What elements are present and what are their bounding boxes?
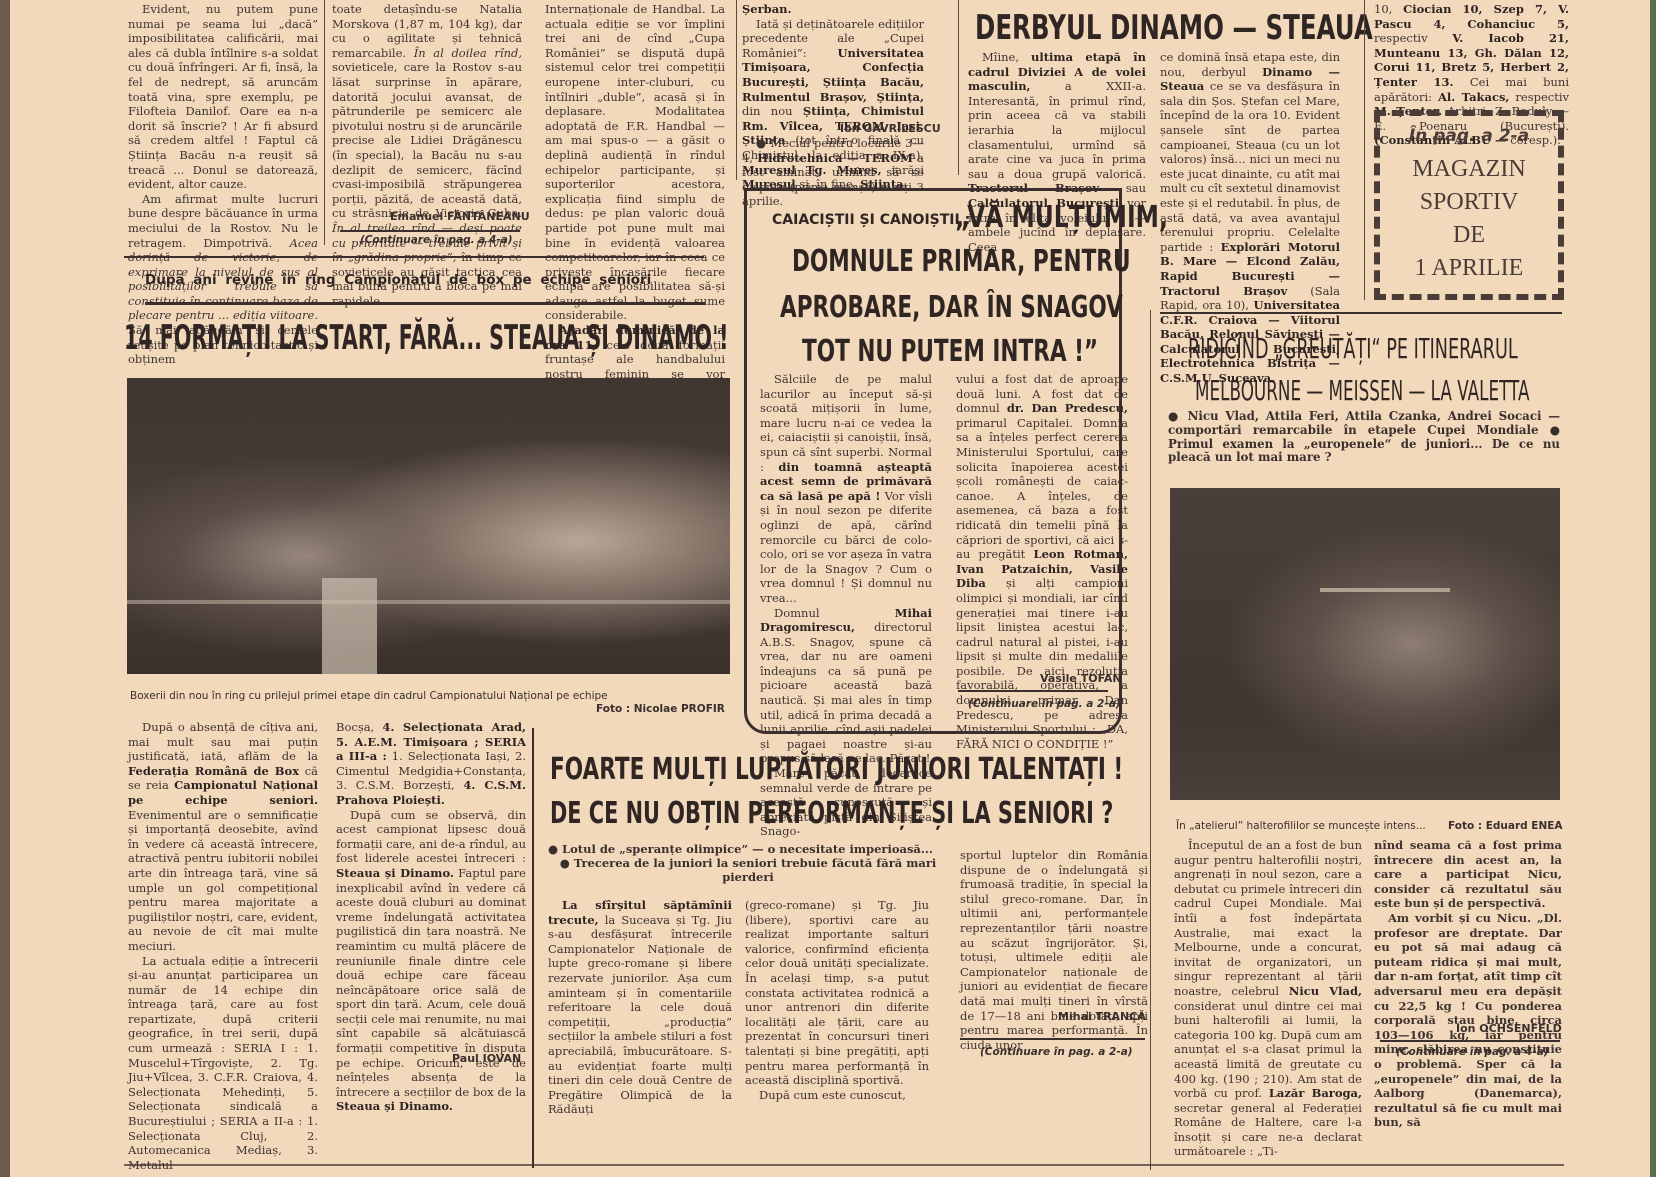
canoe-headline-3: APROBARE, DAR ÎN SNAGOV <box>780 290 1123 325</box>
paragraph: Sălciile de pe malul lacurilor au începu… <box>760 372 932 606</box>
wrestling-article-col1: La sfîrșitul săptămînii trecute, la Suce… <box>548 898 732 1117</box>
paragraph: Bocșa, 4. Selecționata Arad, 5. A.E.M. T… <box>336 720 526 808</box>
paragraph: (greco-romane) și Tg. Jiu (libere), spor… <box>745 898 929 1088</box>
canoe-headline-2: DOMNULE PRIMAR, PENTRU <box>792 244 1130 279</box>
barbell <box>1320 588 1450 592</box>
column-divider <box>1364 0 1365 300</box>
byline: Mihai TRANCĂ <box>1058 1010 1146 1023</box>
bottom-rule <box>124 1164 1564 1166</box>
canoe-kicker: CAIACIȘTII ȘI CANOIȘTII : <box>772 212 970 228</box>
wrestling-headline-1: FOARTE MULȚI LUPTĂTORI JUNIORI TALENTAȚI… <box>550 752 1123 787</box>
canoe-article-col2: vului a fost dat de aproape două luni. A… <box>956 372 1128 751</box>
ring-post <box>322 578 377 674</box>
weightlifting-photo <box>1170 488 1560 800</box>
weightlifting-photo-caption: În „atelierul” halterofililor se munceșt… <box>1176 820 1426 832</box>
weightlifting-deck: ● Nicu Vlad, Attila Feri, Attila Czanka,… <box>1168 410 1560 465</box>
canoe-headline-1: „VĂ MULȚUMIM, <box>955 200 1168 235</box>
paragraph: Am vorbit și cu Nicu. „Dl. profesor are … <box>1374 911 1562 1130</box>
boxing-photo-credit: Foto : Nicolae PROFIR <box>596 703 725 715</box>
boxing-kicker: După ani revine în ring Campionatul de b… <box>145 272 651 288</box>
continuation-note: (Continuare în pag. a 4-a) <box>360 234 513 246</box>
promo-line-1: În pag. a 2-a <box>1380 126 1558 146</box>
wrestling-headline-2: DE CE NU OBȚIN PERFORMANȚE ȘI LA SENIORI… <box>550 796 1113 831</box>
wrestling-article-col2: (greco-romane) și Tg. Jiu (libere), spor… <box>745 898 929 1102</box>
paragraph: toate detașîndu-se Natalia Morskova (1,8… <box>332 2 522 308</box>
paragraph: Începutul de an a fost de bun augur pent… <box>1174 838 1362 1159</box>
weightlifting-photo-credit: Foto : Eduard ENEA <box>1448 820 1563 832</box>
rule <box>145 302 705 305</box>
column-divider <box>324 0 325 245</box>
promo-line-5: 1 APRILIE <box>1380 255 1558 282</box>
paragraph: nînd seama că a fost prima întrecere din… <box>1374 838 1562 911</box>
rule <box>960 1038 1145 1040</box>
continuation-note: (Continuare în pag. a 2-a) <box>980 1046 1133 1058</box>
continuation-note: (Continuare în pag. a 4-a) <box>1396 1046 1549 1058</box>
paragraph: După cum este cunoscut, <box>745 1088 929 1103</box>
rule <box>1160 312 1562 314</box>
paragraph: La actuala ediție a întrecerii și-au anu… <box>128 954 318 1173</box>
promo-box: În pag. a 2-a MAGAZIN SPORTIV DE 1 APRIL… <box>1374 110 1564 300</box>
canoe-headline-4: TOT NU PUTEM INTRA !” <box>802 334 1098 369</box>
paragraph: Domnul Mihai Dragomirescu, directorul A.… <box>760 606 932 767</box>
paragraph: După cum se observă, din acest campionat… <box>336 808 526 1114</box>
handball-article: Internaționale de Handbal. La actuala ed… <box>545 2 725 425</box>
ring-rope <box>127 600 730 604</box>
weightlifting-headline-2: MELBOURNE — MEISSEN — LA VALETTA <box>1195 374 1529 407</box>
promo-line-3: SPORTIV <box>1380 189 1558 216</box>
paragraph: vului a fost dat de aproape două luni. A… <box>956 372 1128 751</box>
boxing-photo <box>127 378 730 674</box>
paragraph: După o absență de cîțiva ani, mai mult s… <box>128 720 318 954</box>
derby-headline: DERBYUL DINAMO — STEAUA <box>975 8 1373 48</box>
bullet-2: ● Trecerea de la juniori la seniori treb… <box>548 856 948 884</box>
boxing-headline: 14 FORMAȚII LA START, FĂRĂ... STEAUA ȘI … <box>124 318 728 358</box>
rule <box>1380 1040 1560 1042</box>
column-divider <box>736 0 737 180</box>
rule <box>124 256 704 258</box>
wrestling-bullets: ● Lotul de „speranțe olimpice” — o neces… <box>548 842 948 884</box>
weightlifting-article-col2: nînd seama că a fost prima întrecere din… <box>1374 838 1562 1130</box>
column-divider <box>958 0 959 175</box>
paragraph: La sfîrșitul săptămînii trecute, la Suce… <box>548 898 732 1117</box>
boxing-article-col1: După o absență de cîțiva ani, mai mult s… <box>128 720 318 1172</box>
byline: Paul IOVAN <box>452 1052 521 1065</box>
continuation-note: (Continuare în pag. a 2-a) <box>968 698 1121 710</box>
rule <box>340 230 520 232</box>
page-left-edge <box>0 0 10 1177</box>
weightlifting-headline-1: RIDICÎND „GREUTĂȚI“ PE ITINERARUL <box>1188 332 1518 365</box>
weightlifting-article-col1: Începutul de an a fost de bun augur pent… <box>1174 838 1362 1159</box>
bullet-1: ● Lotul de „speranțe olimpice” — o neces… <box>548 842 948 856</box>
column-divider <box>532 728 534 1168</box>
rule <box>958 690 1108 692</box>
top-left-article-col1: Evident, nu putem pune numai pe seama lu… <box>128 2 318 367</box>
byline: Ion GAVRILESCU <box>840 122 941 135</box>
top-left-article-col2: toate detașîndu-se Natalia Morskova (1,8… <box>332 2 522 308</box>
byline: Ion OCHSENFELD <box>1456 1022 1562 1035</box>
paragraph: Șerban. <box>742 2 924 17</box>
byline: Vasile TOFAN <box>1040 672 1122 685</box>
promo-line-2: MAGAZIN <box>1380 156 1558 183</box>
promo-line-4: DE <box>1380 222 1558 249</box>
column-divider <box>1150 310 1151 1170</box>
page-right-edge <box>1650 0 1656 1177</box>
paragraph: Evident, nu putem pune numai pe seama lu… <box>128 2 318 192</box>
boxing-photo-caption: Boxerii din nou în ring cu prilejul prim… <box>130 690 608 702</box>
byline: Emanuel FÂNTÂNEANU <box>390 210 530 223</box>
